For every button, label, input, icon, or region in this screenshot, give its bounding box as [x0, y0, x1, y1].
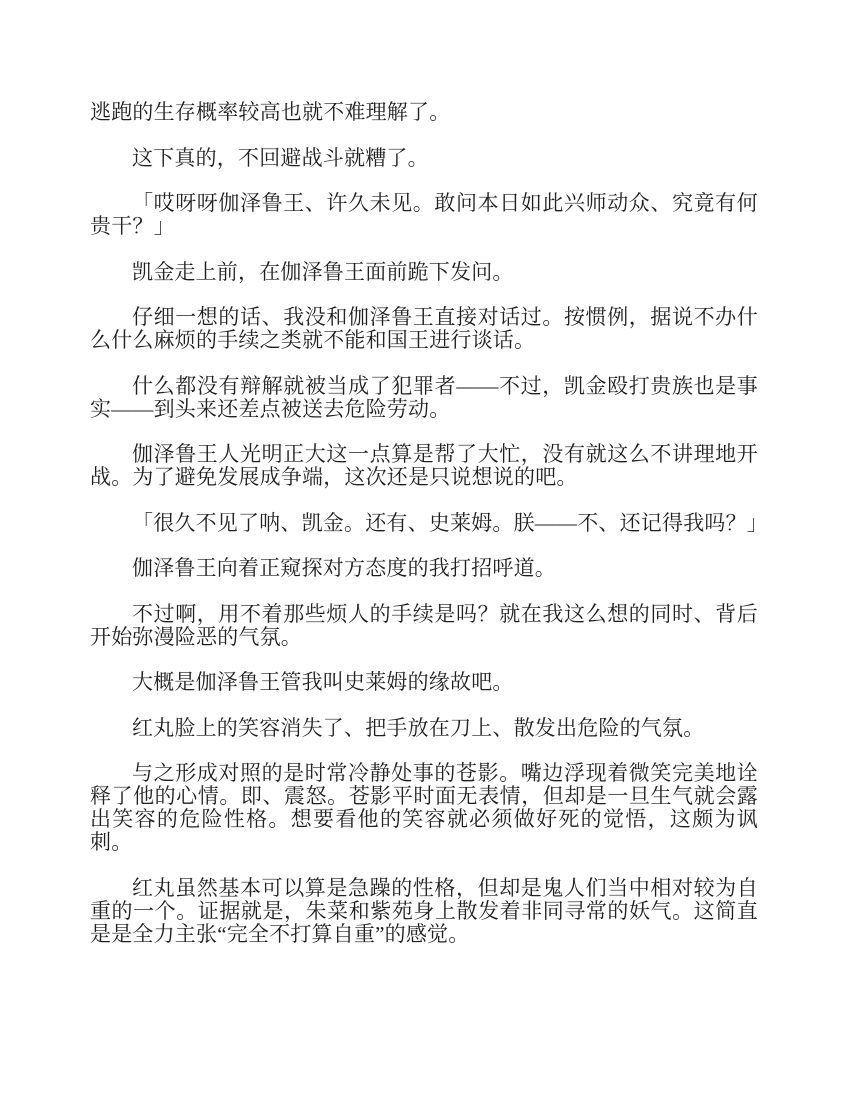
- paragraph: 凯金走上前，在伽泽鲁王面前跪下发问。: [90, 261, 758, 284]
- paragraph: 这下真的，不回避战斗就糟了。: [90, 147, 758, 170]
- paragraph: 不过啊，用不着那些烦人的手续是吗？就在我这么想的同时、背后开始弥漫险恶的气氛。: [90, 603, 758, 649]
- paragraph: 「哎呀呀伽泽鲁王、许久未见。敢问本日如此兴师动众、究竟有何贵干？」: [90, 192, 758, 238]
- paragraph: 逃跑的生存概率较高也就不难理解了。: [90, 101, 758, 124]
- ebook-page: 逃跑的生存概率较高也就不难理解了。这下真的，不回避战斗就糟了。「哎呀呀伽泽鲁王、…: [0, 0, 850, 1100]
- paragraph: 与之形成对照的是时常冷静处事的苍影。嘴边浮现着微笑完美地诠释了他的心情。即、震怒…: [90, 762, 758, 854]
- paragraph: 什么都没有辩解就被当成了犯罪者——不过，凯金殴打贵族也是事实——到头来还差点被送…: [90, 375, 758, 421]
- paragraph: 伽泽鲁王向着正窥探对方态度的我打招呼道。: [90, 557, 758, 580]
- page-text-content: 逃跑的生存概率较高也就不难理解了。这下真的，不回避战斗就糟了。「哎呀呀伽泽鲁王、…: [90, 101, 758, 946]
- paragraph: 红丸虽然基本可以算是急躁的性格，但却是鬼人们当中相对较为自重的一个。证据就是，朱…: [90, 877, 758, 946]
- paragraph: 大概是伽泽鲁王管我叫史莱姆的缘故吧。: [90, 671, 758, 694]
- paragraph: 伽泽鲁王人光明正大这一点算是帮了大忙，没有就这么不讲理地开战。为了避免发展成争端…: [90, 443, 758, 489]
- paragraph: 仔细一想的话、我没和伽泽鲁王直接对话过。按惯例，据说不办什么什么麻烦的手续之类就…: [90, 306, 758, 352]
- paragraph: 红丸脸上的笑容消失了、把手放在刀上、散发出危险的气氛。: [90, 717, 758, 740]
- paragraph: 「很久不见了呐、凯金。还有、史莱姆。朕——不、还记得我吗？」: [90, 512, 758, 535]
